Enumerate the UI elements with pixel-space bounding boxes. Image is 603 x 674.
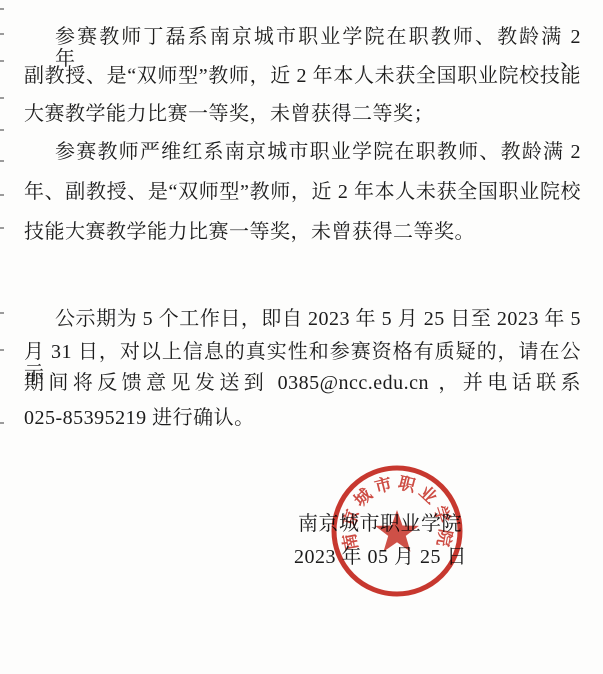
body-line: 副教授、是“双师型”教师，近 2 年本人未获全国职业院校技能 — [24, 65, 581, 87]
body-line: 参赛教师丁磊系南京城市职业学院在职教师、教龄满 2 年、 — [24, 26, 581, 70]
scan-artifact — [0, 129, 4, 131]
scan-artifact — [0, 97, 4, 99]
official-seal-icon: 南京城市职业学院 — [327, 461, 467, 601]
document-page: 参赛教师丁磊系南京城市职业学院在职教师、教龄满 2 年、 副教授、是“双师型”教… — [0, 0, 603, 674]
scan-artifact — [0, 60, 4, 62]
body-line: 大赛教学能力比赛一等奖，未曾获得二等奖； — [24, 103, 581, 125]
scan-artifact — [0, 8, 4, 10]
scan-artifact — [0, 349, 4, 351]
body-line: 年、副教授、是“双师型”教师，近 2 年本人未获全国职业院校 — [24, 181, 581, 203]
scan-artifact — [0, 422, 4, 424]
body-line: 025-85395219 进行确认。 — [24, 407, 581, 429]
body-line: 期间将反馈意见发送到 0385@ncc.edu.cn ，并电话联系 — [24, 372, 581, 394]
scan-artifact — [0, 312, 4, 314]
scan-artifact — [0, 160, 4, 162]
seal-star-icon — [375, 510, 419, 552]
body-line: 参赛教师严维红系南京城市职业学院在职教师、教龄满 2 — [24, 141, 581, 163]
scan-artifact — [0, 227, 4, 229]
scan-artifact — [0, 33, 4, 35]
body-line: 公示期为 5 个工作日，即自 2023 年 5 月 25 日至 2023 年 5 — [24, 308, 581, 330]
body-line: 技能大赛教学能力比赛一等奖，未曾获得二等奖。 — [24, 221, 581, 243]
scan-artifact — [0, 194, 4, 196]
